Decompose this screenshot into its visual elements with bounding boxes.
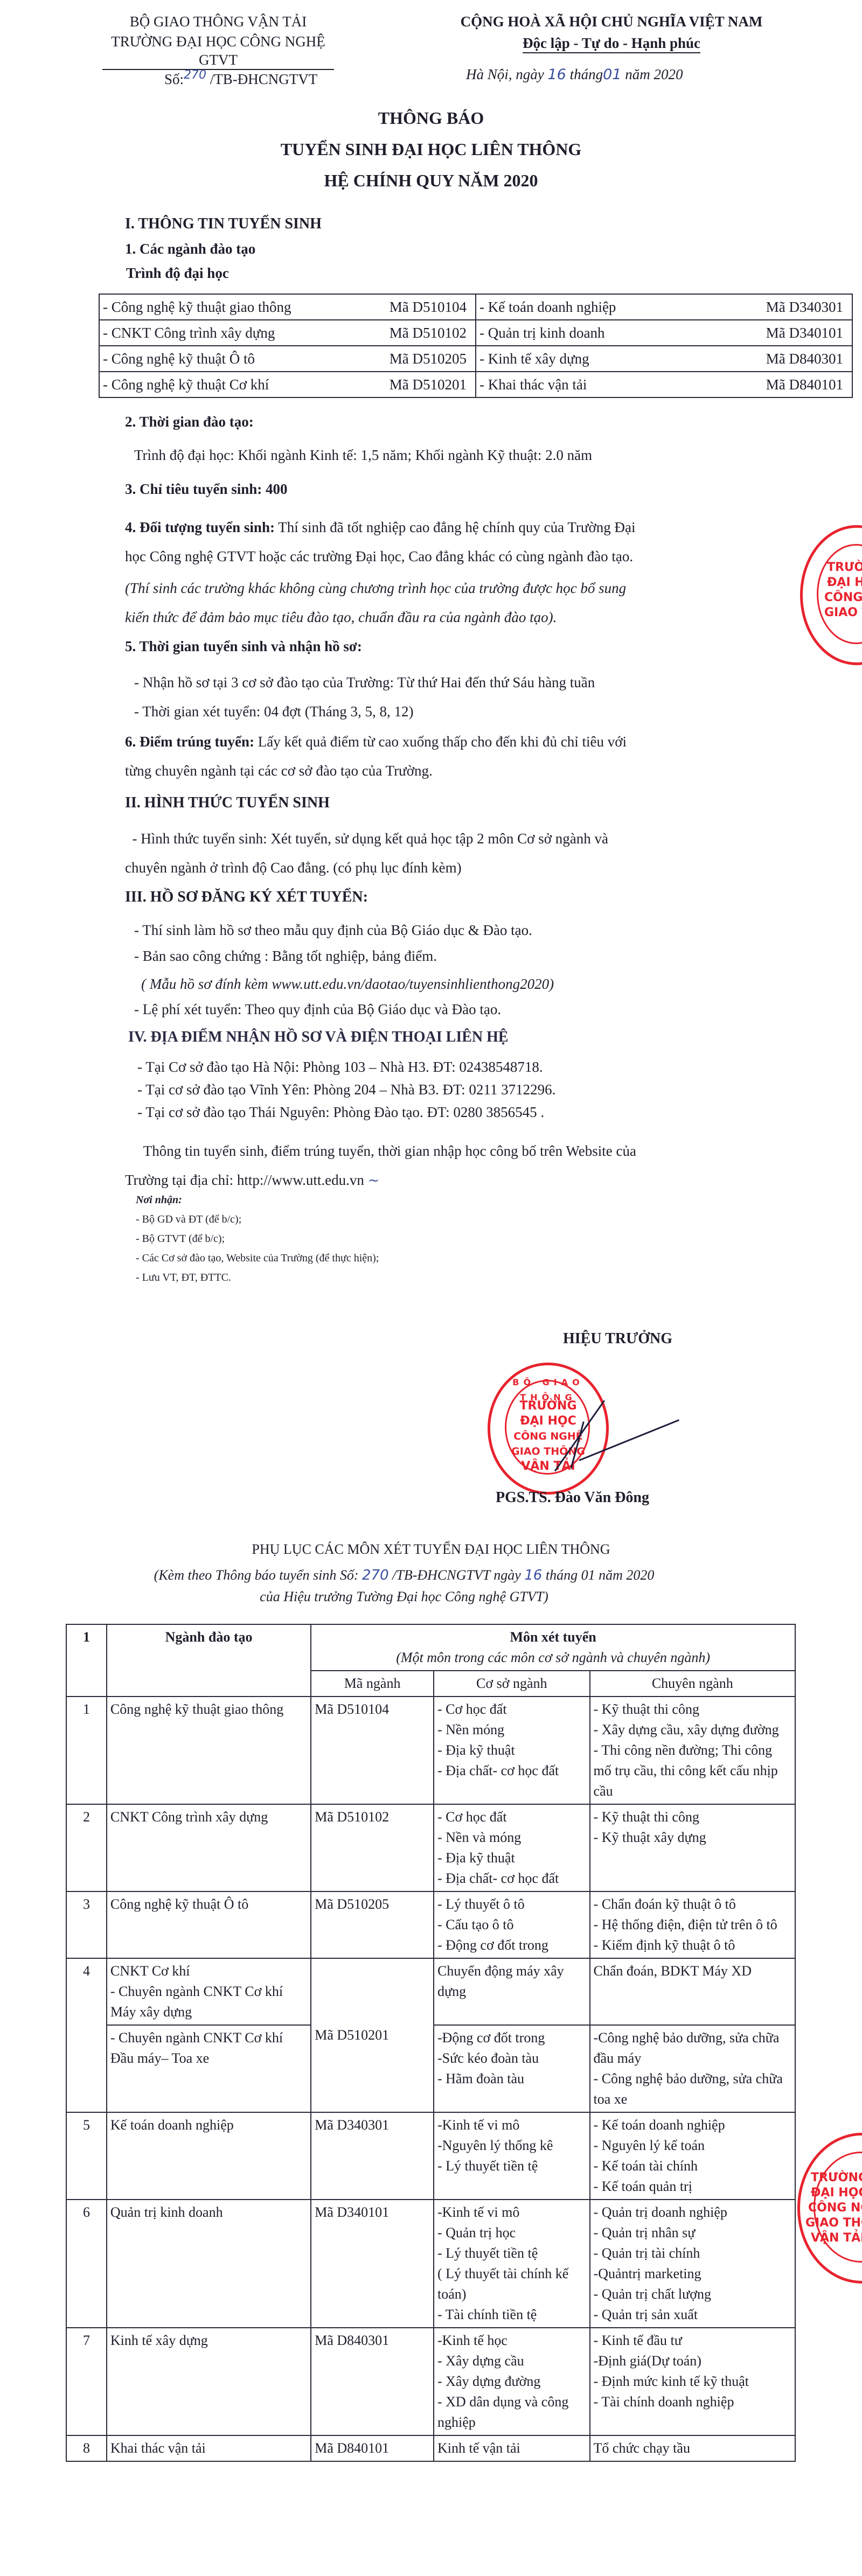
major-name: - Khai thác vận tải bbox=[479, 376, 587, 393]
subject-item: - Cơ học đất bbox=[437, 1699, 586, 1720]
col-major-header: Ngành đào tạo bbox=[107, 1624, 311, 1697]
subject-item: -Kinh tế vi mô bbox=[437, 2202, 586, 2223]
subject-item: - Địa chất- cơ học đất bbox=[437, 1761, 586, 1781]
subject-item: - Quản trị chất lượng bbox=[594, 2284, 791, 2305]
section-1-1-heading: 1. Các ngành đào tạo bbox=[125, 241, 255, 257]
row-number: 6 bbox=[66, 2200, 107, 2328]
base-subjects: Chuyển động máy xây dựng bbox=[434, 1958, 590, 2025]
subject-item: ( Lý thuyết tài chính kế toán) bbox=[437, 2264, 586, 2305]
major-code: Mã D340301 bbox=[766, 299, 843, 316]
subject-item: -Nguyên lý thống kê bbox=[437, 2135, 586, 2156]
subject-item: - Thi công nền đường; Thi công mố trụ cầ… bbox=[594, 1740, 791, 1802]
subject-item: - Xây dựng cầu bbox=[437, 2351, 586, 2371]
majors-row: - Công nghệ kỹ thuật Cơ khíMã D510201- K… bbox=[99, 372, 852, 397]
appendix-row: 3Công nghệ kỹ thuật Ô tôMã D510205- Lý t… bbox=[66, 1891, 795, 1958]
sub-major: - Chuyên ngành CNKT Cơ khí Máy xây dựng bbox=[110, 1981, 307, 2022]
appendix-row: 5Kế toán doanh nghiệpMã D340301-Kinh tế … bbox=[66, 2112, 795, 2200]
initials-mark: ~ bbox=[368, 1172, 380, 1189]
spec-subjects: - Quản trị doanh nghiệp- Quản trị nhân s… bbox=[590, 2200, 795, 2328]
school-website-link[interactable]: Trường tại địa chỉ: http://www.utt.edu.v… bbox=[125, 1172, 364, 1188]
appendix-margin-stamp: TRƯỜNG ĐẠI HỌC CÔNG NGHỆ GIAO THÔNG VẬN … bbox=[797, 2133, 862, 2284]
contact-locations: - Tại Cơ sở đào tạo Hà Nội: Phòng 103 – … bbox=[137, 1056, 555, 1127]
subject-item: - Nguyên lý kế toán bbox=[594, 2135, 791, 2156]
subject-item: - Kế toán doanh nghiệp bbox=[594, 2115, 791, 2135]
spec-subjects: - Kinh tế đầu tư-Định giá(Dự toán)- Định… bbox=[590, 2328, 795, 2435]
major-code: Mã D840101 bbox=[311, 2435, 434, 2461]
row-number: 8 bbox=[66, 2435, 107, 2461]
major-code: Mã D510102 bbox=[311, 1804, 434, 1891]
subject-item: - Kỹ thuật thi công bbox=[594, 1807, 791, 1827]
major-name: Khai thác vận tải bbox=[107, 2435, 311, 2461]
col-base-header: Cơ sở ngành bbox=[434, 1671, 590, 1697]
major-name: CNKT Cơ khí- Chuyên ngành CNKT Cơ khí Má… bbox=[107, 1958, 311, 2025]
section-1-5-heading: 5. Thời gian tuyển sinh và nhận hồ sơ: bbox=[125, 638, 362, 655]
appendix-row: 8Khai thác vận tảiMã D840101Kinh tế vận … bbox=[66, 2435, 795, 2461]
base-subjects: - Lý thuyết ô tô- Cấu tạo ô tô- Động cơ … bbox=[434, 1891, 590, 1958]
major-name: Quản trị kinh doanh bbox=[107, 2200, 311, 2328]
major-name: - Công nghệ kỹ thuật giao thông bbox=[103, 299, 291, 315]
spec-subjects: - Kỹ thuật thi công- Kỹ thuật xây dựng bbox=[590, 1804, 795, 1891]
major-code: Mã D340101 bbox=[766, 325, 843, 341]
document-title: THÔNG BÁO TUYỂN SINH ĐẠI HỌC LIÊN THÔNG … bbox=[0, 102, 862, 196]
major-name: - Kinh tế xây dựng bbox=[479, 351, 589, 367]
subject-item: -Kinh tế vi mô bbox=[437, 2115, 586, 2135]
subject-item: - Lý thuyết tiền tệ bbox=[437, 2243, 586, 2264]
section-1-2-heading: 2. Thời gian đào tạo: bbox=[125, 414, 254, 430]
ministry-name: BỘ GIAO THÔNG VẬN TẢI bbox=[102, 11, 334, 32]
eligibility-note: (Thí sinh các trường khác không cùng chư… bbox=[125, 574, 804, 632]
subject-item: - Kỹ thuật xây dựng bbox=[594, 1827, 791, 1848]
subject-item: - Chẩn đoán kỹ thuật ô tô bbox=[594, 1894, 791, 1915]
eligibility-text: 4. Đối tượng tuyển sinh: Thí sinh đã tốt… bbox=[125, 513, 804, 571]
quota-heading: 3. Chỉ tiêu tuyển sinh: 400 bbox=[125, 481, 288, 498]
subject-item: Chẩn đoán, BDKT Máy XD bbox=[594, 1961, 791, 1981]
major-cell: - Kinh tế xây dựngMã D840301 bbox=[476, 346, 852, 372]
recipients-block: Nơi nhận: - Bộ GD và ĐT (để b/c); - Bộ G… bbox=[136, 1190, 379, 1287]
subject-item: - Địa chất- cơ học đất bbox=[437, 1868, 586, 1889]
template-link-note[interactable]: ( Mẫu hồ sơ đính kèm www.utt.edu.vn/daot… bbox=[141, 969, 554, 999]
subject-item: - Cơ học đất bbox=[437, 1807, 586, 1827]
subject-item: - Kiểm định kỹ thuật ô tô bbox=[594, 1935, 791, 1956]
subject-item: -Công nghệ bảo dưỡng, sửa chữa đầu máy bbox=[594, 2028, 791, 2069]
row-number: 7 bbox=[66, 2328, 107, 2435]
major-name: - Công nghệ kỹ thuật Ô tô bbox=[103, 351, 255, 367]
subject-item: - Công nghệ bảo dưỡng, sửa chữa toa xe bbox=[594, 2069, 791, 2110]
admission-score-text: 6. Điểm trúng tuyển: Lấy kết quả điểm từ… bbox=[125, 727, 804, 785]
appendix-subtitle-2: của Hiệu trưởng Tường Đại học Công nghệ … bbox=[54, 1589, 754, 1605]
document-date: Hà Nội, ngày 16 tháng01 năm 2020 bbox=[466, 64, 683, 86]
row-number: 5 bbox=[66, 2112, 107, 2200]
website-info: Thông tin tuyển sinh, điểm trúng tuyển, … bbox=[125, 1136, 809, 1195]
subject-item: - Cấu tạo ô tô bbox=[437, 1915, 586, 1935]
majors-row: - Công nghệ kỹ thuật giao thôngMã D51010… bbox=[99, 294, 852, 320]
row-number: 1 bbox=[66, 1697, 107, 1804]
subject-item: - Định mức kinh tế kỹ thuật bbox=[594, 2371, 791, 2392]
row-number: 2 bbox=[66, 1804, 107, 1891]
school-seal-stamp: BỘ GIAO THÔNG TRƯỜNG ĐẠI HỌC CÔNG NGHỆ G… bbox=[488, 1363, 609, 1495]
subject-item: Tổ chức chạy tầu bbox=[594, 2438, 791, 2459]
majors-table: - Công nghệ kỹ thuật giao thôngMã D51010… bbox=[99, 294, 853, 398]
subject-item: - Địa kỹ thuật bbox=[437, 1848, 586, 1868]
appendix-row: 1Công nghệ kỹ thuật giao thôngMã D510104… bbox=[66, 1697, 795, 1804]
country-name: CỘNG HOÀ XÃ HỘI CHỦ NGHĨA VIỆT NAM bbox=[415, 11, 808, 32]
major-code: Mã D510205 bbox=[390, 351, 467, 367]
major-code: Mã D510102 bbox=[390, 325, 467, 341]
base-subjects: - Cơ học đất- Nền móng- Địa kỹ thuật- Đị… bbox=[434, 1697, 590, 1804]
major-cell: - CNKT Công trình xây dựngMã D510102 bbox=[99, 320, 476, 346]
appendix-subtitle: (Kèm theo Thông báo tuyển sinh Số: 270 /… bbox=[54, 1567, 754, 1583]
subject-item: - Địa kỹ thuật bbox=[437, 1740, 586, 1761]
subject-item: - Tài chính doanh nghiệp bbox=[594, 2392, 791, 2412]
subject-item: - Quản trị học bbox=[437, 2223, 586, 2243]
subject-item: - Nền và móng bbox=[437, 1827, 586, 1848]
spec-subjects: -Công nghệ bảo dưỡng, sửa chữa đầu máy- … bbox=[590, 2025, 795, 2112]
col-spec-header: Chuyên ngành bbox=[590, 1671, 795, 1697]
major-cell: - Công nghệ kỹ thuật Ô tôMã D510205 bbox=[99, 346, 476, 372]
signer-title: HIỆU TRƯỞNG bbox=[563, 1330, 672, 1348]
margin-seal-stamp: TRƯỜNG ĐẠI HỌC CÔNG NGHỆ GIAO THÔNG bbox=[800, 525, 862, 665]
appendix-row: 2CNKT Công trình xây dựngMã D510102- Cơ … bbox=[66, 1804, 795, 1891]
major-name: Công nghệ kỹ thuật giao thông bbox=[107, 1697, 311, 1804]
document-number: Số:270 /TB-ĐHCNGTVT bbox=[164, 65, 317, 90]
base-subjects: Kinh tế vận tải bbox=[434, 2435, 590, 2461]
major-cell: - Công nghệ kỹ thuật giao thôngMã D51010… bbox=[99, 294, 476, 320]
appendix-title: PHỤ LỤC CÁC MÔN XÉT TUYỂN ĐẠI HỌC LIÊN T… bbox=[0, 1541, 862, 1558]
majors-row: - CNKT Công trình xây dựngMã D510102- Qu… bbox=[99, 320, 852, 346]
major-cell: - Kế toán doanh nghiệpMã D340301 bbox=[476, 294, 852, 320]
major-code: Mã D340301 bbox=[311, 2112, 434, 2200]
major-title: CNKT Cơ khí bbox=[110, 1961, 307, 1981]
row-number: 4 bbox=[66, 1958, 107, 2112]
subject-item: - Kinh tế đầu tư bbox=[594, 2330, 791, 2351]
major-cell: - Khai thác vận tảiMã D840101 bbox=[476, 372, 852, 397]
signer-name: PGS.TS. Đào Văn Đông bbox=[496, 1489, 649, 1506]
application-schedule: - Nhận hồ sơ tại 3 cơ sở đào tạo của Trư… bbox=[134, 668, 595, 726]
major-name: - Công nghệ kỹ thuật Cơ khí bbox=[103, 376, 269, 393]
major-name: - Kế toán doanh nghiệp bbox=[479, 299, 616, 315]
subject-item: Chuyển động máy xây dựng bbox=[437, 1961, 586, 2002]
base-subjects: -Động cơ đốt trong-Sức kéo đoàn tàu- Hãm… bbox=[434, 2025, 590, 2112]
major-code: Mã D510201 bbox=[311, 1958, 434, 2112]
spec-subjects: - Kế toán doanh nghiệp- Nguyên lý kế toá… bbox=[590, 2112, 795, 2200]
major-name: Kinh tế xây dựng bbox=[107, 2328, 311, 2435]
subject-item: -Động cơ đốt trong bbox=[437, 2028, 586, 2048]
spec-subjects: Tổ chức chạy tầu bbox=[590, 2435, 795, 2461]
major-code: Mã D510205 bbox=[311, 1891, 434, 1958]
national-motto: Độc lập - Tự do - Hạnh phúc bbox=[415, 32, 808, 54]
training-level: Trình độ đại học bbox=[126, 265, 229, 282]
spec-subjects: - Kỹ thuật thi công- Xây dựng cầu, xây d… bbox=[590, 1697, 795, 1804]
spec-subjects: - Chẩn đoán kỹ thuật ô tô- Hệ thống điện… bbox=[590, 1891, 795, 1958]
appendix-table: 1 Ngành đào tạo Môn xét tuyển (Một môn t… bbox=[66, 1624, 796, 2462]
major-code: Mã D510104 bbox=[311, 1697, 434, 1804]
majors-row: - Công nghệ kỹ thuật Ô tôMã D510205- Kin… bbox=[99, 346, 852, 372]
admission-method-text: - Hình thức tuyển sinh: Xét tuyển, sử dụ… bbox=[125, 824, 804, 882]
subject-item: - Nền móng bbox=[437, 1720, 586, 1740]
subject-item: - Xây dựng cầu, xây dựng đường bbox=[594, 1720, 791, 1740]
subject-item: -Định giá(Dự toán) bbox=[594, 2351, 791, 2371]
subject-item: - Kỹ thuật thi công bbox=[594, 1699, 791, 1720]
major-code: Mã D510104 bbox=[390, 299, 467, 316]
base-subjects: -Kinh tế vi mô- Quản trị học- Lý thuyết … bbox=[434, 2200, 590, 2328]
major-cell: - Quản trị kinh doanhMã D340101 bbox=[476, 320, 852, 346]
subject-item: - Kế toán tài chính bbox=[594, 2156, 791, 2176]
subject-item: - XD dân dụng và công nghiệp bbox=[437, 2392, 586, 2433]
section-1-heading: I. THÔNG TIN TUYỂN SINH bbox=[125, 215, 322, 233]
major-name: Kế toán doanh nghiệp bbox=[107, 2112, 311, 2200]
application-docs: - Thí sinh làm hồ sơ theo mẫu quy định c… bbox=[134, 916, 532, 971]
subject-item: - Lý thuyết tiền tệ bbox=[437, 2156, 586, 2176]
appendix-row: 4CNKT Cơ khí- Chuyên ngành CNKT Cơ khí M… bbox=[66, 1958, 795, 2025]
major-code: Mã D840301 bbox=[311, 2328, 434, 2435]
subject-item: -Kinh tế học bbox=[437, 2330, 586, 2351]
base-subjects: - Cơ học đất- Nền và móng- Địa kỹ thuật-… bbox=[434, 1804, 590, 1891]
subject-item: -Sức kéo đoàn tàu bbox=[437, 2048, 586, 2069]
section-4-heading: IV. ĐỊA ĐIỂM NHẬN HỒ SƠ VÀ ĐIỆN THOẠI LI… bbox=[128, 1029, 509, 1046]
major-name: - CNKT Công trình xây dựng bbox=[103, 325, 275, 341]
spec-subjects: Chẩn đoán, BDKT Máy XD bbox=[590, 1958, 795, 2025]
base-subjects: -Kinh tế vi mô-Nguyên lý thống kê- Lý th… bbox=[434, 2112, 590, 2200]
col-subjects-header: Môn xét tuyển (Một môn trong các môn cơ … bbox=[311, 1624, 795, 1671]
subject-item: -Quảntrị marketing bbox=[594, 2264, 791, 2284]
appendix-row: 6Quản trị kinh doanhMã D340101-Kinh tế v… bbox=[66, 2200, 795, 2328]
subject-item: - Hãm đoàn tàu bbox=[437, 2069, 586, 2089]
major-cell: - Công nghệ kỹ thuật Cơ khíMã D510201 bbox=[99, 372, 476, 397]
duration-text: Trình độ đại học: Khối ngành Kinh tế: 1,… bbox=[134, 441, 592, 470]
major-code: Mã D510201 bbox=[390, 376, 467, 393]
subject-item: - Hệ thống điện, điện tử trên ô tô bbox=[594, 1915, 791, 1935]
major-code: Mã D340101 bbox=[311, 2200, 434, 2328]
subject-item: - Lý thuyết ô tô bbox=[437, 1894, 586, 1915]
sub-major: - Chuyên ngành CNKT Cơ khí Đầu máy– Toa … bbox=[107, 2025, 311, 2112]
subject-item: - Xây dựng đường bbox=[437, 2371, 586, 2392]
subject-item: - Động cơ đốt trong bbox=[437, 1935, 586, 1956]
appendix-row: 7Kinh tế xây dựngMã D840301-Kinh tế học-… bbox=[66, 2328, 795, 2435]
major-name: CNKT Công trình xây dựng bbox=[107, 1804, 311, 1891]
major-code: Mã D840301 bbox=[766, 351, 843, 367]
subject-item: - Tài chính tiền tệ bbox=[437, 2305, 586, 2325]
national-header: CỘNG HOÀ XÃ HỘI CHỦ NGHĨA VIỆT NAM Độc l… bbox=[415, 11, 808, 54]
section-3-heading: III. HỒ SƠ ĐĂNG KÝ XÉT TUYỂN: bbox=[125, 889, 368, 906]
major-name: - Quản trị kinh doanh bbox=[479, 325, 604, 341]
row-number: 3 bbox=[66, 1891, 107, 1958]
subject-item: - Quản trị sản xuất bbox=[594, 2305, 791, 2325]
col-index-header: 1 bbox=[66, 1624, 107, 1697]
base-subjects: -Kinh tế học- Xây dựng cầu- Xây dựng đườ… bbox=[434, 2328, 590, 2435]
subject-item: Kinh tế vận tải bbox=[437, 2438, 586, 2459]
issuer-block: BỘ GIAO THÔNG VẬN TẢI TRƯỜNG ĐẠI HỌC CÔN… bbox=[102, 11, 334, 71]
col-code-header: Mã ngành bbox=[311, 1671, 434, 1697]
subject-item: - Quản trị tài chính bbox=[594, 2243, 791, 2264]
major-code: Mã D840101 bbox=[766, 376, 843, 393]
subject-item: - Kế toán quản trị bbox=[594, 2176, 791, 2197]
application-fee: - Lệ phí xét tuyển: Theo quy định của Bộ… bbox=[134, 995, 501, 1024]
subject-item: - Quản trị nhân sự bbox=[594, 2223, 791, 2243]
section-2-heading: II. HÌNH THỨC TUYỂN SINH bbox=[125, 794, 330, 812]
subject-item: - Quản trị doanh nghiệp bbox=[594, 2202, 791, 2223]
major-name: Công nghệ kỹ thuật Ô tô bbox=[107, 1891, 311, 1958]
